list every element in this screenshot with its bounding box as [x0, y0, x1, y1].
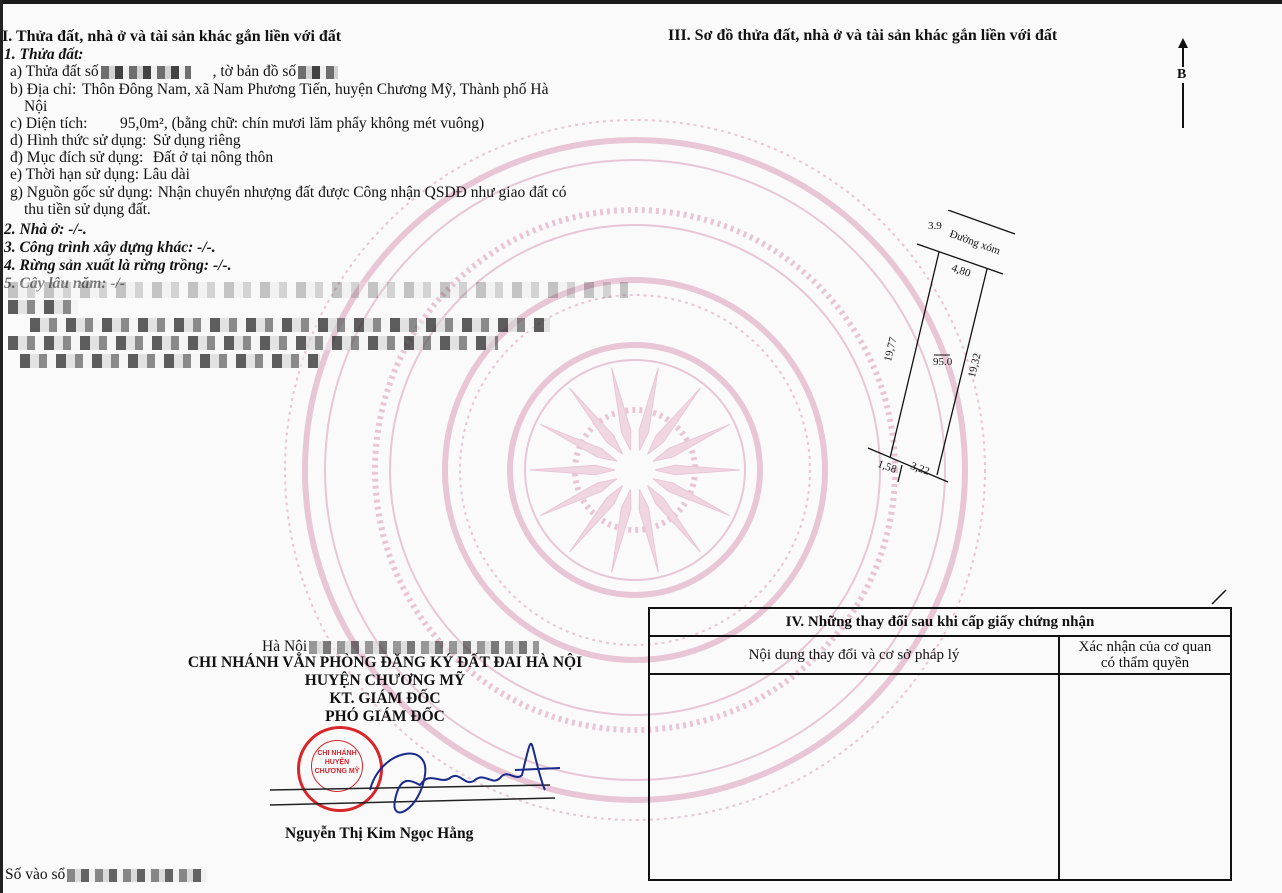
changes-table-title: IV. Những thay đổi sau khi cấp giấy chứn… — [650, 609, 1230, 637]
term-label: e) Thời hạn sử dụng: — [10, 166, 143, 184]
address-value-cont: Nội — [24, 98, 47, 116]
redacted-parcel-number — [101, 66, 191, 79]
north-arrow-icon — [1182, 42, 1184, 128]
origin-value: Nhận chuyển nhượng đất được Công nhận QS… — [158, 184, 567, 201]
redacted-date — [309, 641, 539, 654]
origin-row: g) Nguồn gốc sử dụng:Nhận chuyển nhượng … — [10, 184, 567, 202]
issuing-authority: CHI NHÁNH VĂN PHÒNG ĐĂNG KÝ ĐẤT ĐAI HÀ N… — [150, 654, 620, 726]
purpose-label: đ) Mục đích sử dụng: — [10, 149, 153, 167]
address-row: b) Địa chỉ:Thôn Đông Nam, xã Nam Phương … — [10, 81, 548, 99]
change-content-cell — [650, 675, 1060, 879]
col2-line-1: Xác nhận của cơ quan — [1060, 639, 1230, 655]
org-line-1: CHI NHÁNH VĂN PHÒNG ĐĂNG KÝ ĐẤT ĐAI HÀ N… — [150, 654, 620, 672]
place-date-label: Hà Nội — [262, 638, 307, 655]
term-value: Lâu dài — [143, 166, 190, 183]
redacted-note-line-2 — [8, 300, 78, 314]
title-line-2: PHÓ GIÁM ĐỐC — [150, 708, 620, 726]
changes-table-body — [650, 675, 1230, 879]
table-corner-tick — [1210, 588, 1230, 608]
redacted-note-line-1 — [8, 282, 628, 298]
area-label: c) Diện tích: — [10, 115, 120, 133]
purpose-row: đ) Mục đích sử dụng:Đất ở tại nông thôn — [10, 149, 273, 167]
redacted-note-line-4 — [8, 336, 498, 350]
section-1-title: I. Thửa đất, nhà ở và tài sản khác gắn l… — [2, 28, 341, 46]
org-line-2: HUYỆN CHƯƠNG MỸ — [150, 672, 620, 690]
usage-form-row: d) Hình thức sử dụng:Sử dụng riêng — [10, 132, 241, 150]
origin-label: g) Nguồn gốc sử dụng: — [10, 184, 153, 201]
col-change-content: Nội dung thay đổi và cơ sở pháp lý — [650, 637, 1060, 673]
area-value: 95,0m², (bằng chữ: chín mươi lăm phẩy kh… — [120, 115, 484, 132]
address-value: Thôn Đông Nam, xã Nam Phương Tiến, huyện… — [82, 81, 548, 98]
house-item: 2. Nhà ở: -/-. — [4, 221, 87, 239]
redacted-note-line-5 — [20, 354, 320, 368]
usage-form-value: Sử dụng riêng — [153, 132, 241, 149]
title-line-1: KT. GIÁM ĐỐC — [150, 690, 620, 708]
other-construction-item: 3. Công trình xây dựng khác: -/-. — [4, 239, 216, 257]
origin-value-cont: thu tiền sử dụng đất. — [24, 201, 151, 219]
redacted-map-sheet — [298, 66, 338, 79]
register-number-label: Số vào sổ — [5, 866, 65, 883]
parcel-number-label: a) Thửa đất số — [10, 63, 99, 80]
address-label: b) Địa chỉ: — [10, 81, 82, 99]
plot-area-label: 95.0 — [933, 356, 952, 368]
north-label: B — [1177, 67, 1186, 83]
col2-line-2: có thẩm quyền — [1060, 655, 1230, 671]
term-row: e) Thời hạn sử dụng:Lâu dài — [10, 166, 190, 184]
section-3-title: III. Sơ đồ thửa đất, nhà ở và tài sản kh… — [668, 27, 1057, 45]
redacted-register-number — [67, 869, 207, 882]
signature-stroke — [260, 730, 570, 820]
map-sheet-label: , tờ bản đồ số — [213, 63, 297, 80]
subsection-land-parcel: 1. Thửa đất: — [4, 46, 83, 64]
production-forest-item: 4. Rừng sản xuất là rừng trồng: -/-. — [4, 257, 231, 275]
usage-form-label: d) Hình thức sử dụng: — [10, 132, 153, 150]
signer-name: Nguyễn Thị Kim Ngọc Hằng — [285, 825, 473, 843]
changes-table: IV. Những thay đổi sau khi cấp giấy chứn… — [648, 607, 1232, 881]
col-authority-confirmation: Xác nhận của cơ quan có thẩm quyền — [1060, 637, 1230, 673]
register-number-row: Số vào sổ — [5, 866, 207, 884]
road-width-label: 3.9 — [928, 220, 942, 232]
changes-table-header: Nội dung thay đổi và cơ sở pháp lý Xác n… — [650, 637, 1230, 675]
area-row: c) Diện tích:95,0m², (bằng chữ: chín mươ… — [10, 115, 484, 133]
purpose-value: Đất ở tại nông thôn — [153, 149, 273, 166]
parcel-number-row: a) Thửa đất số, tờ bản đồ số — [10, 63, 338, 81]
redacted-note-line-3 — [30, 318, 550, 332]
